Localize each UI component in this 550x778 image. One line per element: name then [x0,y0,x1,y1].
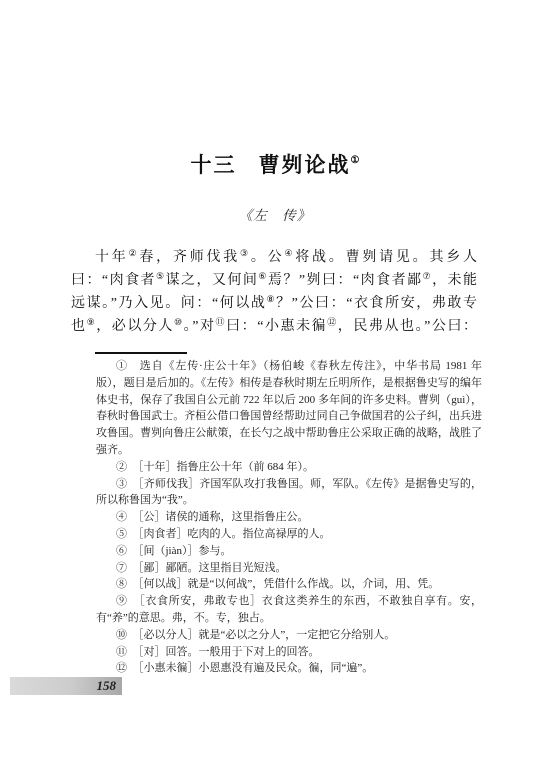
footnote-item-7: ⑦ ［鄙］鄙陋。这里指目光短浅。 [96,560,482,577]
lesson-number: 十三 [191,153,237,177]
footnote-item-3: ③ ［齐师伐我］齐国军队攻打我鲁国。师，军队。《左传》是据鲁史写的，所以称鲁国为… [96,476,482,510]
lesson-title-text: 曹刿论战 [259,153,351,177]
title-note-ref: ① [351,155,360,166]
footnote-item-2: ② ［十年］指鲁庄公十年（前 684 年）。 [96,459,482,476]
text-line-3: 远谋。”乃入见。问：“何以战⑧？”公曰：“衣食所安，弗敢专 [71,292,477,315]
source-attribution: 《左 传》 [0,204,550,224]
main-text: 十年②春，齐师伐我③。公④将战。曹刿请见。其乡人 曰：“肉食者⑤谋之，又何间⑥焉… [71,246,477,338]
textbook-page: 十三曹刿论战① 《左 传》 十年②春，齐师伐我③。公④将战。曹刿请见。其乡人 曰… [0,0,550,778]
footnote-item-9: ⑨ ［衣食所安，弗敢专也］衣食这类养生的东西，不敢独自享有。安，有“养”的意思。… [96,593,482,627]
footnote-item-4: ④ ［公］诸侯的通称，这里指鲁庄公。 [96,509,482,526]
footnote-item-5: ⑤ ［肉食者］吃肉的人。指位高禄厚的人。 [96,526,482,543]
footnote-item-10: ⑩ ［必以分人］就是“必以之分人”，一定把它分给别人。 [96,627,482,644]
footnote-item-1: ① 选自《左传·庄公十年》（杨伯峻《春秋左传注》，中华书局 1981 年版），题… [96,358,482,459]
footnote-item-11: ⑪ ［对］回答。一般用于下对上的回答。 [96,644,482,661]
lesson-title: 十三曹刿论战① [0,149,550,179]
text-line-4: 也⑨，必以分人⑩。”对⑪曰：“小惠未徧⑫，民弗从也。”公曰： [71,315,477,338]
footnote-separator [95,352,187,354]
page-number-bar: 158 [10,677,122,695]
footnotes: ① 选自《左传·庄公十年》（杨伯峻《春秋左传注》，中华书局 1981 年版），题… [96,358,482,677]
page-number: 158 [97,678,117,694]
footnote-item-8: ⑧ ［何以战］就是“以何战”，凭借什么作战。以，介词，用、凭。 [96,576,482,593]
footnote-item-6: ⑥ ［间（jiàn）］参与。 [96,543,482,560]
text-line-1: 十年②春，齐师伐我③。公④将战。曹刿请见。其乡人 [71,246,477,269]
footnote-item-12: ⑫ ［小惠未徧］小恩惠没有遍及民众。徧，同“遍”。 [96,660,482,677]
text-line-2: 曰：“肉食者⑤谋之，又何间⑥焉？”刿曰：“肉食者鄙⑦，未能 [71,269,477,292]
